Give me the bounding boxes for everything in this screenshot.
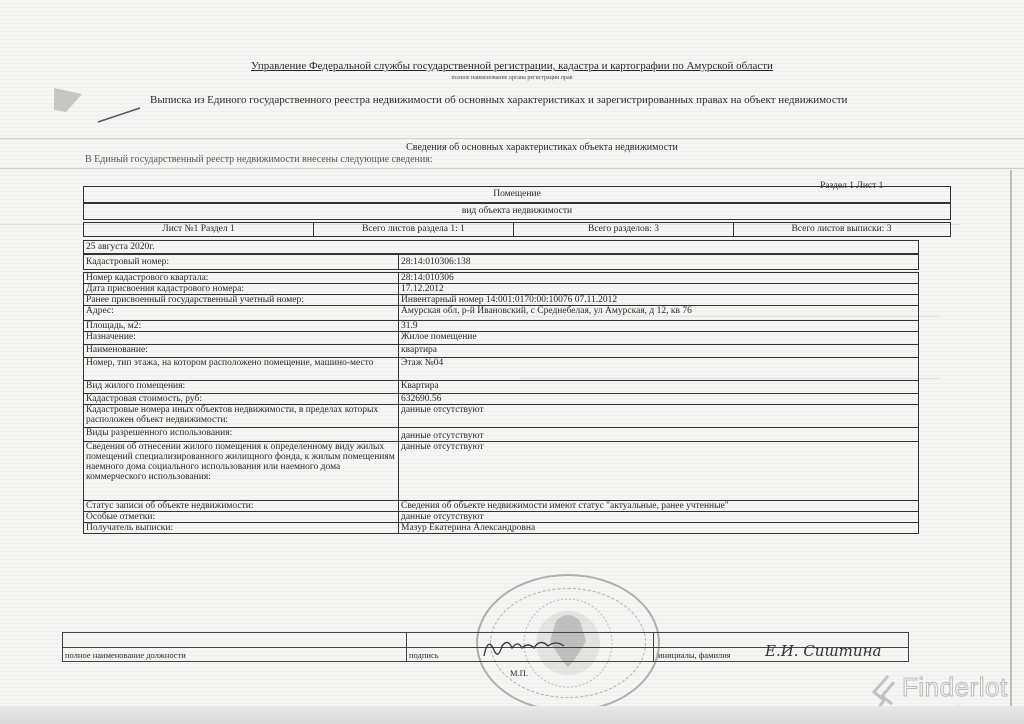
seal-caption: М.П. [510,668,528,678]
watermark-name: Finderlot [902,672,1008,703]
cadastral-number-label: Кадастровый номер: [84,255,399,270]
row-value: Мазур Екатерина Александровна [399,523,919,534]
row-label: Статус записи об объекте недвижимости: [84,501,399,512]
object-type-caption: вид объекта недвижимости [83,203,951,220]
intro-text: В Единый государственный реестр недвижим… [85,154,433,165]
row-value: данные отсутствуют [399,405,919,428]
scan-edge [1010,170,1012,710]
sheet-meta-row: Лист №1 Раздел 1 Всего листов раздела 1:… [83,222,951,237]
row-value: Жилое помещение [399,332,919,345]
row-value: данные отсутствуют [399,442,919,501]
row-label: Номер кадастрового квартала: [84,273,399,284]
characteristics-table: Номер кадастрового квартала:28:14:010306… [83,272,919,534]
table-row: Номер кадастрового квартала:28:14:010306 [84,273,919,284]
table-row: Назначение:Жилое помещение [84,332,919,345]
row-label: Виды разрешенного использования: [84,428,399,442]
row-label: Особые отметки: [84,512,399,523]
row-value: 632690.56 [399,394,919,405]
signature-caption: подпись [409,650,439,660]
table-row: Номер, тип этажа, на котором расположено… [84,358,919,381]
object-type: Помещение [83,186,951,203]
row-value: Амурская обл, р-й Ивановский, с Среднебе… [399,306,919,321]
row-label: Сведения об отнесении жилого помещения к… [84,442,399,501]
row-label: Получатель выписки: [84,523,399,534]
row-label: Кадастровые номера иных объектов недвижи… [84,405,399,428]
extract-sheets-total: Всего листов выписки: 3 [734,223,949,236]
table-row: Наименование:квартира [84,345,919,358]
section-title: Сведения об основных характеристиках объ… [0,142,1024,153]
table-row: Виды разрешенного использования:данные о… [84,428,919,442]
cadastral-number-table: Кадастровый номер: 28:14:010306:138 [83,254,919,270]
row-value: данные отсутствуют [399,428,919,442]
row-label: Площадь, м2: [84,321,399,332]
row-value: 28:14:010306 [399,273,919,284]
table-row: Статус записи об объекте недвижимости:Св… [84,501,919,512]
row-value: Инвентарный номер 14:001:0170:00:10076 0… [399,295,919,306]
cadastral-number-value: 28:14:010306:138 [399,255,919,270]
row-label: Адрес: [84,306,399,321]
row-value: 31.9 [399,321,919,332]
sections-total: Всего разделов: 3 [514,223,734,236]
position-caption: полное наименование должности [65,650,186,660]
scan-artifact [52,86,142,126]
signer-initials-handwritten: Е.И. Сиштина [765,642,881,660]
table-row: Сведения об отнесении жилого помещения к… [84,442,919,501]
table-row: Дата присвоения кадастрового номера:17.1… [84,284,919,295]
table-row: Кадастровый номер: 28:14:010306:138 [84,255,919,270]
table-row: Площадь, м2:31.9 [84,321,919,332]
row-value: данные отсутствуют [399,512,919,523]
row-value: Этаж №04 [399,358,919,381]
table-row: Особые отметки:данные отсутствуют [84,512,919,523]
row-label: Номер, тип этажа, на котором расположено… [84,358,399,381]
row-value: Квартира [399,381,919,394]
table-row: Кадастровые номера иных объектов недвижи… [84,405,919,428]
document-title: Выписка из Единого государственного реес… [150,94,847,106]
table-row: Получатель выписки:Мазур Екатерина Алекс… [84,523,919,534]
handwritten-signature [478,632,578,662]
row-label: Наименование: [84,345,399,358]
sheet-number: Лист №1 Раздел 1 [84,223,314,236]
organization-name: Управление Федеральной службы государств… [0,60,1024,72]
row-value: квартира [399,345,919,358]
scan-bottom-edge [0,706,1024,724]
row-value: 17.12.2012 [399,284,919,295]
table-row: Ранее присвоенный государственный учетны… [84,295,919,306]
row-label: Вид жилого помещения: [84,381,399,394]
row-label: Ранее присвоенный государственный учетны… [84,295,399,306]
row-label: Назначение: [84,332,399,345]
name-caption: инициалы, фамилия [658,650,731,660]
extract-date: 25 августа 2020г. [83,240,919,254]
table-row: Кадастровая стоимость, руб:632690.56 [84,394,919,405]
section-sheets-total: Всего листов раздела 1: 1 [314,223,514,236]
table-row: Вид жилого помещения:Квартира [84,381,919,394]
table-row: Адрес:Амурская обл, р-й Ивановский, с Ср… [84,306,919,321]
row-value: Сведения об объекте недвижимости имеют с… [399,501,919,512]
row-label: Кадастровая стоимость, руб: [84,394,399,405]
row-label: Дата присвоения кадастрового номера: [84,284,399,295]
organization-caption: полное наименование органа регистрации п… [0,75,1024,81]
